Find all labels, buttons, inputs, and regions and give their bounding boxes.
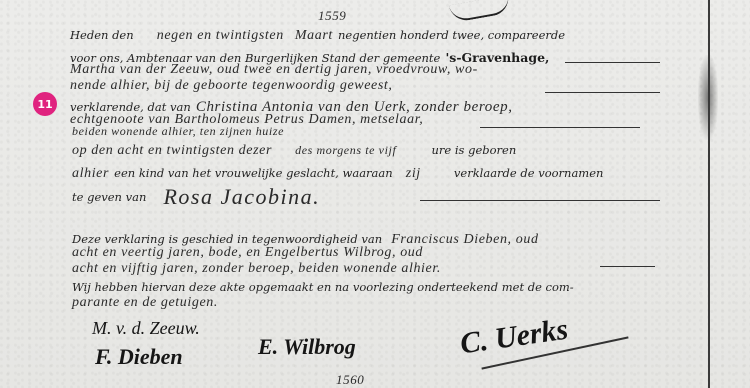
fill-line: [480, 127, 640, 128]
handwritten-day: negen en twintigsten: [157, 28, 284, 43]
fill-line: [565, 62, 660, 63]
handwritten-place: alhier: [72, 166, 109, 181]
printed-text: een kind van het vrouwelijke geslacht, w…: [114, 166, 393, 180]
signature-witness-1: F. Dieben: [95, 344, 183, 370]
printed-text: Heden den: [70, 28, 134, 42]
certificate-line-13: acht en vijftig jaren, zonder beroep, be…: [72, 261, 441, 277]
printed-text: negentien honderd twee, compareerde: [338, 28, 565, 42]
certificate-line-7: beiden wonende alhier, ten zijnen huize: [72, 124, 284, 139]
certificate-line-10: te geven van Rosa Jacobina.: [72, 184, 320, 210]
certificate-line-1: Heden den negen en twintigsten Maart neg…: [70, 24, 565, 44]
printed-text: verklaarde de voornamen: [454, 166, 604, 180]
record-number: 1559: [318, 8, 346, 24]
fill-line: [420, 200, 660, 201]
certificate-line-15: parante en de getuigen.: [72, 295, 218, 311]
printed-text: Deze verklaring is geschied in tegenwoor…: [72, 232, 382, 246]
certificate-line-8: op den acht en twintigsten dezer des mor…: [72, 139, 516, 159]
child-name: Rosa Jacobina.: [163, 184, 320, 209]
certificate-line-14: Wij hebben hiervan deze akte opgemaakt e…: [72, 280, 574, 294]
printed-text: te geven van: [72, 190, 146, 204]
certificate-line-9: alhier een kind van het vrouwelijke gesl…: [72, 162, 603, 182]
signature-witness-2: E. Wilbrog: [258, 334, 356, 360]
handwritten-time: des morgens te vijf: [295, 143, 396, 157]
margin-rule: [708, 0, 710, 388]
handwritten-month: Maart: [295, 28, 333, 43]
annotation-badge: 11: [33, 92, 57, 116]
signature-comparant: M. v. d. Zeeuw.: [92, 318, 200, 339]
certificate-line-4: nende alhier, bij de geboorte tegenwoord…: [70, 78, 392, 94]
badge-number: 11: [37, 98, 52, 111]
next-record-number: 1560: [336, 372, 364, 388]
fill-line: [545, 92, 660, 93]
certificate-line-3: Martha van der Zeeuw, oud twee en dertig…: [70, 62, 478, 78]
certificate-line-12: acht en veertig jaren, bode, en Engelber…: [72, 245, 423, 261]
handwritten-pronoun: zij: [406, 166, 421, 181]
fill-line: [600, 266, 655, 267]
handwritten-date: op den acht en twintigsten dezer: [72, 143, 272, 158]
printed-text: ure is geboren: [431, 143, 516, 157]
